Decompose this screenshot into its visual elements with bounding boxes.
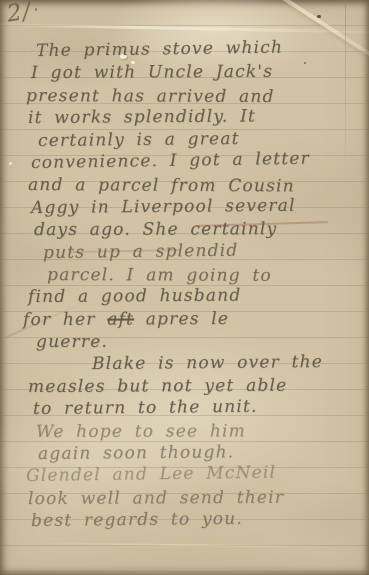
letter-line: Glendel and Lee McNeil (26, 461, 369, 488)
letter-line: Blake is now over the (92, 351, 369, 376)
letter-line: Aggy in Liverpool several (31, 194, 369, 219)
page-number: 2/ (5, 0, 33, 28)
letter-line: puts up a splendid (43, 238, 369, 264)
paper-crease (30, 542, 330, 547)
foxing-speck (317, 15, 321, 18)
letter-line: We hope to see him (36, 419, 369, 443)
letter-body: The primus stove which I got with Uncle … (0, 40, 369, 533)
line-text: apres le (146, 309, 230, 329)
letter-line-with-strikeout: for her aft apres le (23, 307, 369, 331)
letter-line: best regards to you. (31, 507, 369, 533)
letter-line: it works splendidly. It (28, 105, 369, 130)
handwritten-letter-page: 2/ The primus stove which I got with Unc… (0, 0, 369, 575)
letter-line: convenience. I got a letter (31, 147, 369, 175)
line-text: for her (23, 309, 96, 329)
paper-crease (0, 23, 369, 34)
letter-line: find a good husband (28, 284, 369, 309)
struck-word: aft (107, 309, 134, 329)
letter-line: I got with Uncle Jack's (31, 61, 369, 85)
letter-line: The primus stove which (36, 35, 369, 62)
letter-line: to return to the unit. (33, 395, 369, 421)
foxing-speck (35, 8, 37, 11)
